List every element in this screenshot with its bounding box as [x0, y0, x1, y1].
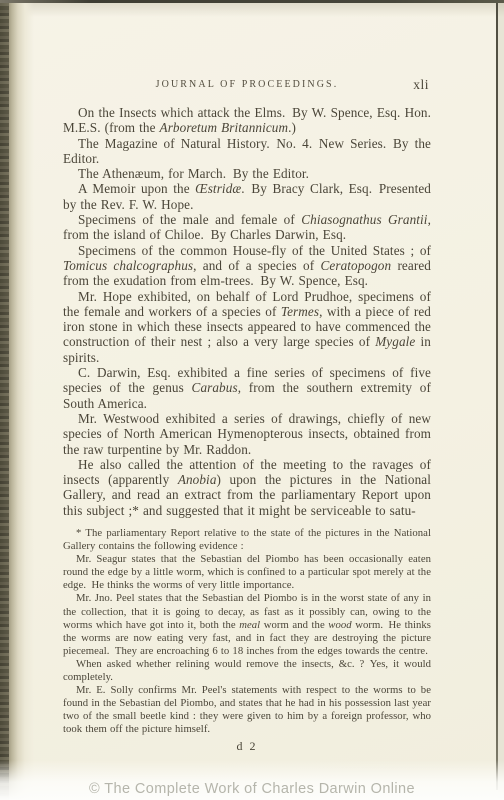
italic-text-run: Termes — [281, 304, 319, 319]
text-run: , and of a species of — [193, 258, 320, 273]
text-run: A Memoir upon the — [78, 181, 195, 196]
page-header: JOURNAL OF PROCEEDINGS. xli — [63, 79, 431, 92]
italic-text-run: Arboretum Britannicum — [160, 120, 289, 135]
italic-text-run: Ceratopogon — [320, 258, 391, 273]
italic-text-run: Chiasognathus Grantii — [301, 212, 427, 227]
book-page-edges — [498, 0, 504, 800]
text-run: When asked whether relining would remove… — [63, 658, 431, 683]
paragraph: Specimens of the male and female of Chia… — [63, 212, 431, 243]
root: :root{ --paper:#f4f1e2; --ink:#4a4538; -… — [0, 0, 504, 800]
text-run: * The parliamentary Report relative to t… — [63, 527, 431, 552]
paragraph: When asked whether relining would remove… — [63, 658, 431, 684]
paragraph: C. Darwin, Esq. exhibited a fine series … — [63, 365, 431, 411]
italic-text-run: Mygale — [375, 334, 415, 349]
signature-mark: d 2 — [63, 739, 431, 754]
folio-page-number: xli — [413, 77, 429, 93]
running-title: JOURNAL OF PROCEEDINGS. — [63, 79, 431, 90]
text-run: .) — [288, 120, 296, 135]
paragraph: The Magazine of Natural History. No. 4. … — [63, 136, 431, 167]
paragraph: He also called the attention of the meet… — [63, 457, 431, 518]
text-run: The Athenæum, for March. By the Editor. — [78, 166, 309, 181]
paragraph: A Memoir upon the Œstridæ. By Bracy Clar… — [63, 181, 431, 212]
text-run: The Magazine of Natural History. No. 4. … — [63, 136, 431, 166]
paragraph: Specimens of the common House-fly of the… — [63, 243, 431, 289]
text-run: Specimens of the common House-fly of the… — [78, 243, 431, 258]
screenshot-canvas: { "colors": { "paper": "#f4f1e2", "ink":… — [0, 0, 504, 800]
printed-page-content: JOURNAL OF PROCEEDINGS. xli On the Insec… — [63, 0, 431, 754]
italic-text-run: Tomicus chalcographus — [63, 258, 193, 273]
copyright-watermark: © The Complete Work of Charles Darwin On… — [0, 781, 504, 797]
text-run: Specimens of the male and female of — [78, 212, 301, 227]
text-run: Mr. Westwood exhibited a series of drawi… — [63, 411, 431, 457]
italic-text-run: Œstridæ — [195, 181, 241, 196]
text-run: Mr. Seagur states that the Sebastian del… — [63, 553, 431, 591]
italic-text-run: Carabus — [192, 380, 238, 395]
italic-text-run: meal — [239, 619, 260, 631]
paragraph: On the Insects which attack the Elms. By… — [63, 105, 431, 136]
page-right-edge-line — [496, 2, 498, 790]
paragraph: * The parliamentary Report relative to t… — [63, 527, 431, 553]
book-binding-texture — [0, 0, 9, 800]
paragraph: Mr. Westwood exhibited a series of drawi… — [63, 411, 431, 457]
italic-text-run: wood — [328, 619, 351, 631]
paragraph: Mr. Jno. Peel states that the Sebastian … — [63, 592, 431, 657]
text-run: Mr. E. Solly confirms Mr. Peel's stateme… — [63, 684, 431, 735]
text-run: worm and the — [260, 619, 328, 631]
body-paragraphs: On the Insects which attack the Elms. By… — [63, 105, 431, 518]
footnote-section: * The parliamentary Report relative to t… — [63, 527, 431, 737]
paragraph: The Athenæum, for March. By the Editor. — [63, 166, 431, 181]
scanned-page: JOURNAL OF PROCEEDINGS. xli On the Insec… — [0, 0, 504, 800]
italic-text-run: Anobia — [178, 472, 217, 487]
paragraph: Mr. E. Solly confirms Mr. Peel's stateme… — [63, 684, 431, 736]
paragraph: Mr. Hope exhibited, on behalf of Lord Pr… — [63, 289, 431, 365]
paragraph: Mr. Seagur states that the Sebastian del… — [63, 553, 431, 592]
